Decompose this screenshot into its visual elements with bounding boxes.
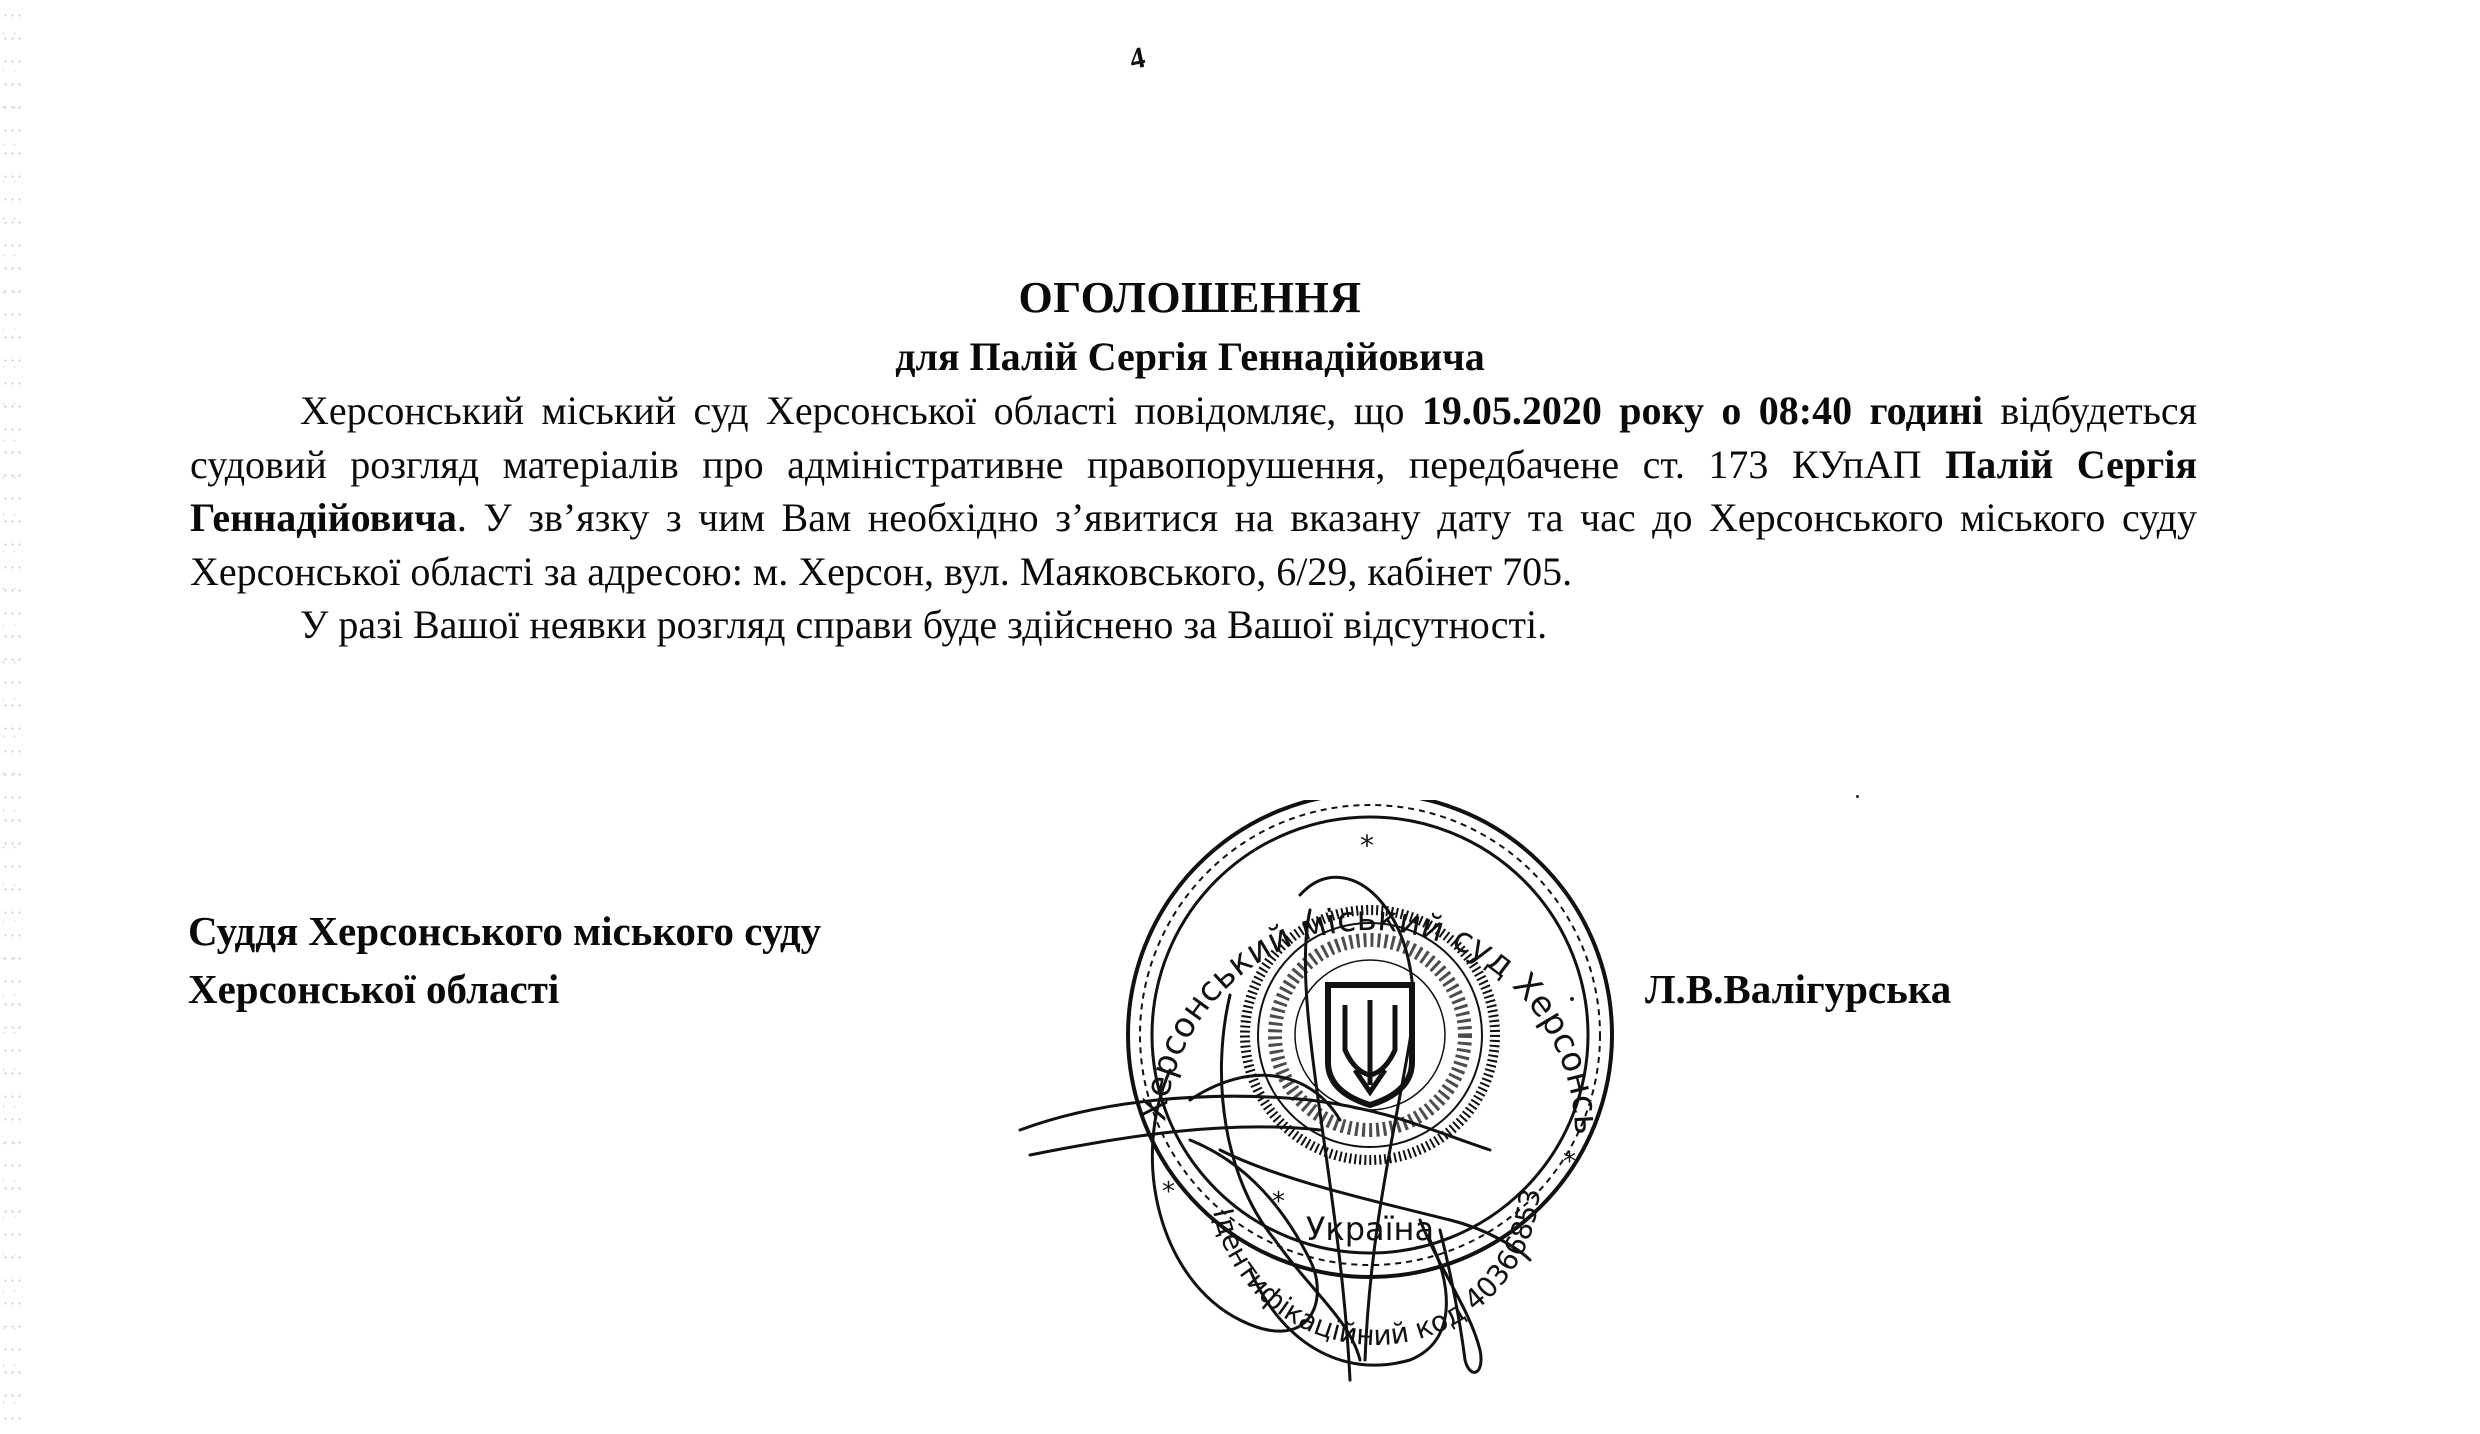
position-line-1: Суддя Херсонського міського суду [188, 902, 821, 960]
paragraph-notice: Херсонський міський суд Херсонської обла… [190, 384, 2197, 598]
notice-text-address: . У зв’язку з чим Вам необхідно з’явитис… [190, 495, 2197, 594]
scan-edge-artifacts [0, 0, 22, 1434]
judge-name: Л.В.Валігурська [1645, 965, 1951, 1013]
seal-star-icon: * [1563, 1147, 1576, 1177]
scan-speck [1856, 795, 1859, 798]
paragraph-absence-warning: У разі Вашої неявки розгляд справи буде … [190, 598, 2197, 652]
page-number-mark: 4 [1127, 41, 1149, 77]
hearing-date-time: 19.05.2020 року о 08:40 годині [1422, 388, 1983, 433]
seal-star-icon: * [1360, 829, 1374, 862]
signature-position: Суддя Херсонського міського суду Херсонс… [188, 902, 821, 1018]
trident-emblem-icon [1328, 985, 1412, 1105]
seal-star-icon: * [1162, 1177, 1175, 1207]
document-title: ОГОЛОШЕННЯ [0, 272, 2380, 323]
scan-speck [1570, 997, 1574, 1001]
position-line-2: Херсонської області [188, 960, 821, 1018]
document-body: Херсонський міський суд Херсонської обла… [190, 384, 2197, 652]
document-subtitle: для Палій Сергія Геннадійовича [0, 333, 2380, 380]
notice-text-intro: Херсонський міський суд Херсонської обла… [300, 388, 1422, 433]
document-page: 4 ОГОЛОШЕННЯ для Палій Сергія Геннадійов… [0, 0, 2480, 1434]
court-seal-stamp: Херсонський міський суд Херсонської обла… [1010, 800, 1650, 1400]
seal-outer-text: Херсонський міський суд Херсонської обла… [1010, 800, 1606, 1135]
seal-country-text: Україна [1306, 1210, 1434, 1248]
